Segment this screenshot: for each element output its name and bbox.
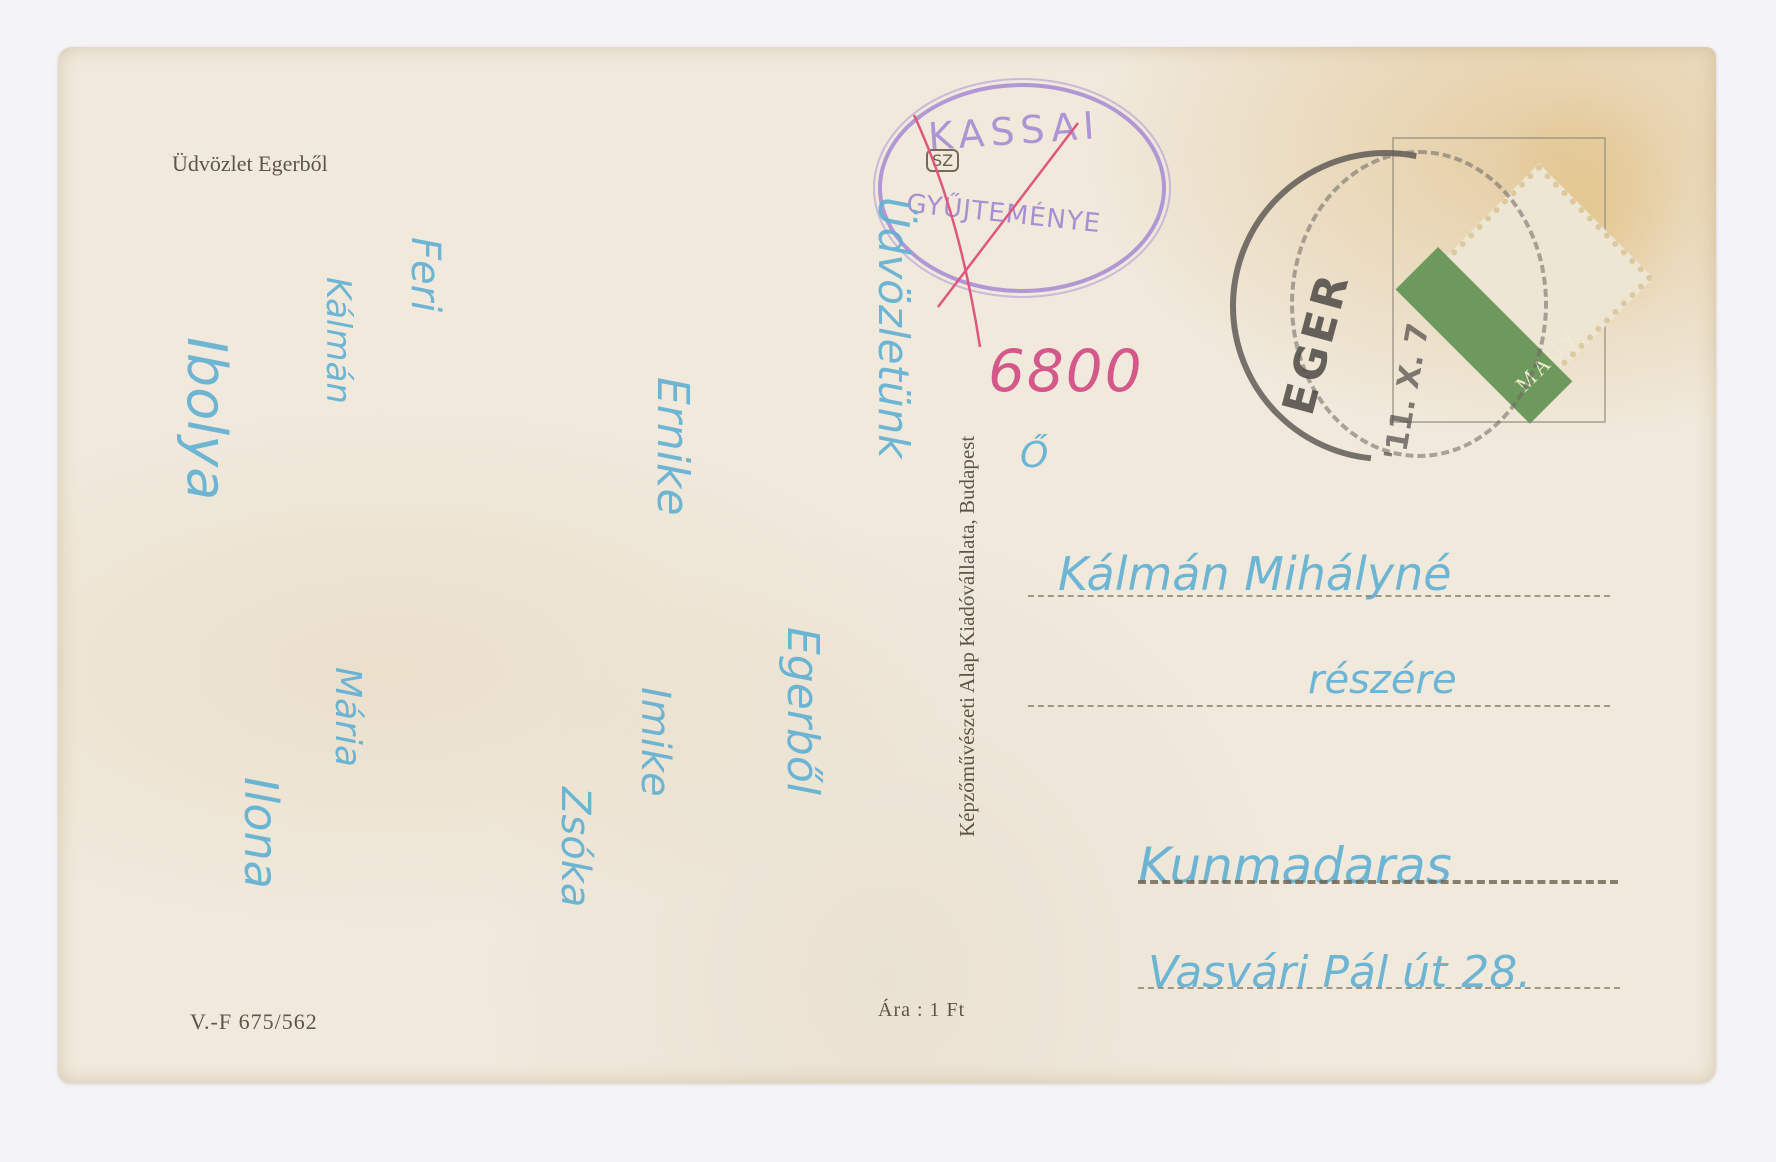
address-line2: részére bbox=[1308, 657, 1457, 703]
pencil-number: 6800 bbox=[988, 337, 1144, 405]
serial-number: V.-F 675/562 bbox=[190, 1009, 318, 1035]
message-line: Imike bbox=[632, 687, 678, 797]
printed-greeting: Üdvözlet Egerből bbox=[172, 151, 328, 177]
message-line: Mária bbox=[327, 667, 368, 767]
postcard-back: Üdvözlet Egerből Képzőművészeti Alap Kia… bbox=[58, 47, 1716, 1083]
message-line: Kálmán bbox=[318, 277, 358, 404]
message-line: Ilona bbox=[234, 777, 288, 889]
message-line: Zsóka bbox=[552, 787, 598, 907]
price-label: Ára : 1 Ft bbox=[878, 999, 965, 1022]
sz-mark: SZ bbox=[926, 149, 959, 172]
message-line: Üdvözletünk bbox=[869, 197, 918, 459]
address-prefix: Ő bbox=[1020, 435, 1048, 476]
address-street: Vasvári Pál út 28. bbox=[1148, 947, 1531, 998]
address-line-3 bbox=[1138, 880, 1618, 884]
address-city: Kunmadaras bbox=[1138, 837, 1452, 895]
address-line-2 bbox=[1028, 705, 1610, 707]
address-line-1 bbox=[1028, 595, 1610, 597]
message-line: Ernike bbox=[647, 377, 698, 516]
message-line: Ibolya bbox=[175, 337, 238, 500]
message-line: Feri bbox=[402, 237, 448, 312]
message-line: Egerből bbox=[777, 627, 828, 795]
publisher-imprint: Képzőművészeti Alap Kiadóvállalata, Buda… bbox=[955, 436, 980, 837]
address-line-4 bbox=[1138, 987, 1620, 989]
address-name: Kálmán Mihályné bbox=[1058, 547, 1452, 601]
